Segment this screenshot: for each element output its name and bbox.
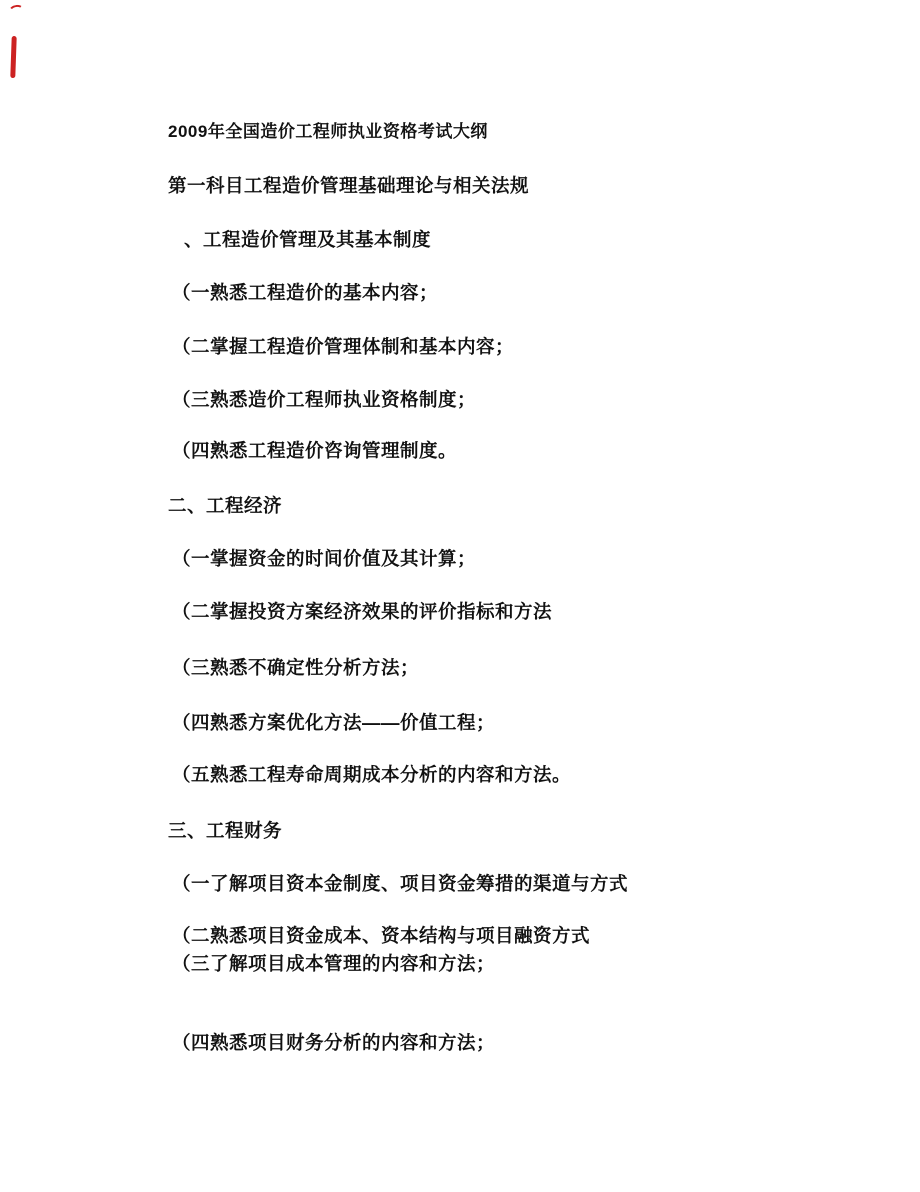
outline-item-2-4: （四熟悉方案优化方法——价值工程； xyxy=(172,712,495,734)
red-pen-mark-squiggle xyxy=(8,4,25,17)
document-page: 2009年全国造价工程师执业资格考试大纲 第一科目工程造价管理基础理论与相关法规… xyxy=(0,0,920,1192)
outline-item-2-2: （二掌握投资方案经济效果的评价指标和方法 xyxy=(172,601,552,623)
outline-item-3-3: （三了解项目成本管理的内容和方法； xyxy=(172,953,495,975)
outline-item-2-1: （一掌握资金的时间价值及其计算； xyxy=(172,548,476,570)
outline-item-1-3: （三熟悉造价工程师执业资格制度； xyxy=(172,389,476,411)
doc-title: 2009年全国造价工程师执业资格考试大纲 xyxy=(168,121,488,143)
outline-item-3-4: （四熟悉项目财务分析的内容和方法； xyxy=(172,1032,495,1054)
outline-item-1-4: （四熟悉工程造价咨询管理制度。 xyxy=(172,440,457,462)
outline-item-2-3: （三熟悉不确定性分析方法； xyxy=(172,657,419,679)
red-pen-mark-stroke xyxy=(10,36,16,78)
outline-item-2-5: （五熟悉工程寿命周期成本分析的内容和方法。 xyxy=(172,764,571,786)
outline-item-3-1: （一了解项目资本金制度、项目资金筹措的渠道与方式 xyxy=(172,873,628,895)
outline-item-1-2: （二掌握工程造价管理体制和基本内容； xyxy=(172,336,514,358)
section-heading-2: 二、工程经济 xyxy=(168,495,282,517)
outline-item-3-2: （二熟悉项目资金成本、资本结构与项目融资方式 xyxy=(172,925,590,947)
section-heading-3: 三、工程财务 xyxy=(168,820,282,842)
section-heading-1: 、工程造价管理及其基本制度 xyxy=(184,229,431,251)
subject-heading: 第一科目工程造价管理基础理论与相关法规 xyxy=(168,175,529,197)
outline-item-1-1: （一熟悉工程造价的基本内容； xyxy=(172,282,438,304)
